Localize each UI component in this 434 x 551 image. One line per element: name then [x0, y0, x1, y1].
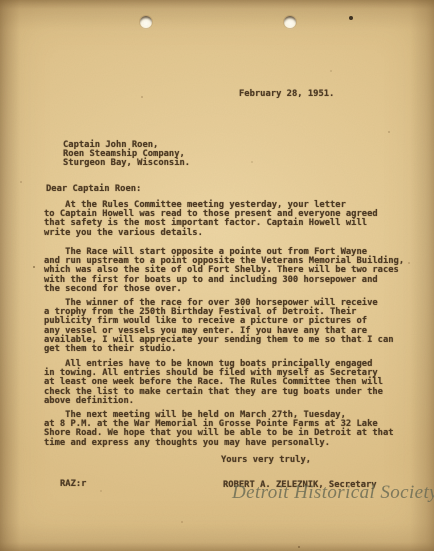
letter-page: February 28, 1951. Captain John Roen, Ro… — [0, 0, 434, 551]
hole-punch-left — [140, 16, 152, 28]
letter-date: February 28, 1951. — [239, 90, 334, 99]
recipient-address: Captain John Roen, Roen Steamship Compan… — [63, 141, 190, 169]
archive-watermark: Detroit Historical Society — [232, 483, 434, 503]
hole-punch-right — [284, 16, 296, 28]
body-paragraph-4: All entries have to be known tug boats p… — [44, 360, 383, 406]
reference-initials: RAZ:r — [60, 480, 86, 489]
body-paragraph-5: The next meeting will be held on March 2… — [44, 411, 394, 448]
body-paragraph-2: The Race will start opposite a pointe ou… — [44, 248, 404, 294]
salutation: Dear Captain Roen: — [46, 185, 141, 194]
paper-specks — [0, 0, 2, 2]
ink-dot — [349, 16, 353, 20]
body-paragraph-1: At the Rules Committee meeting yesterday… — [44, 201, 378, 238]
closing-line: Yours very truly, — [221, 456, 311, 465]
body-paragraph-3: The winner of the race for over 300 hors… — [44, 299, 394, 354]
